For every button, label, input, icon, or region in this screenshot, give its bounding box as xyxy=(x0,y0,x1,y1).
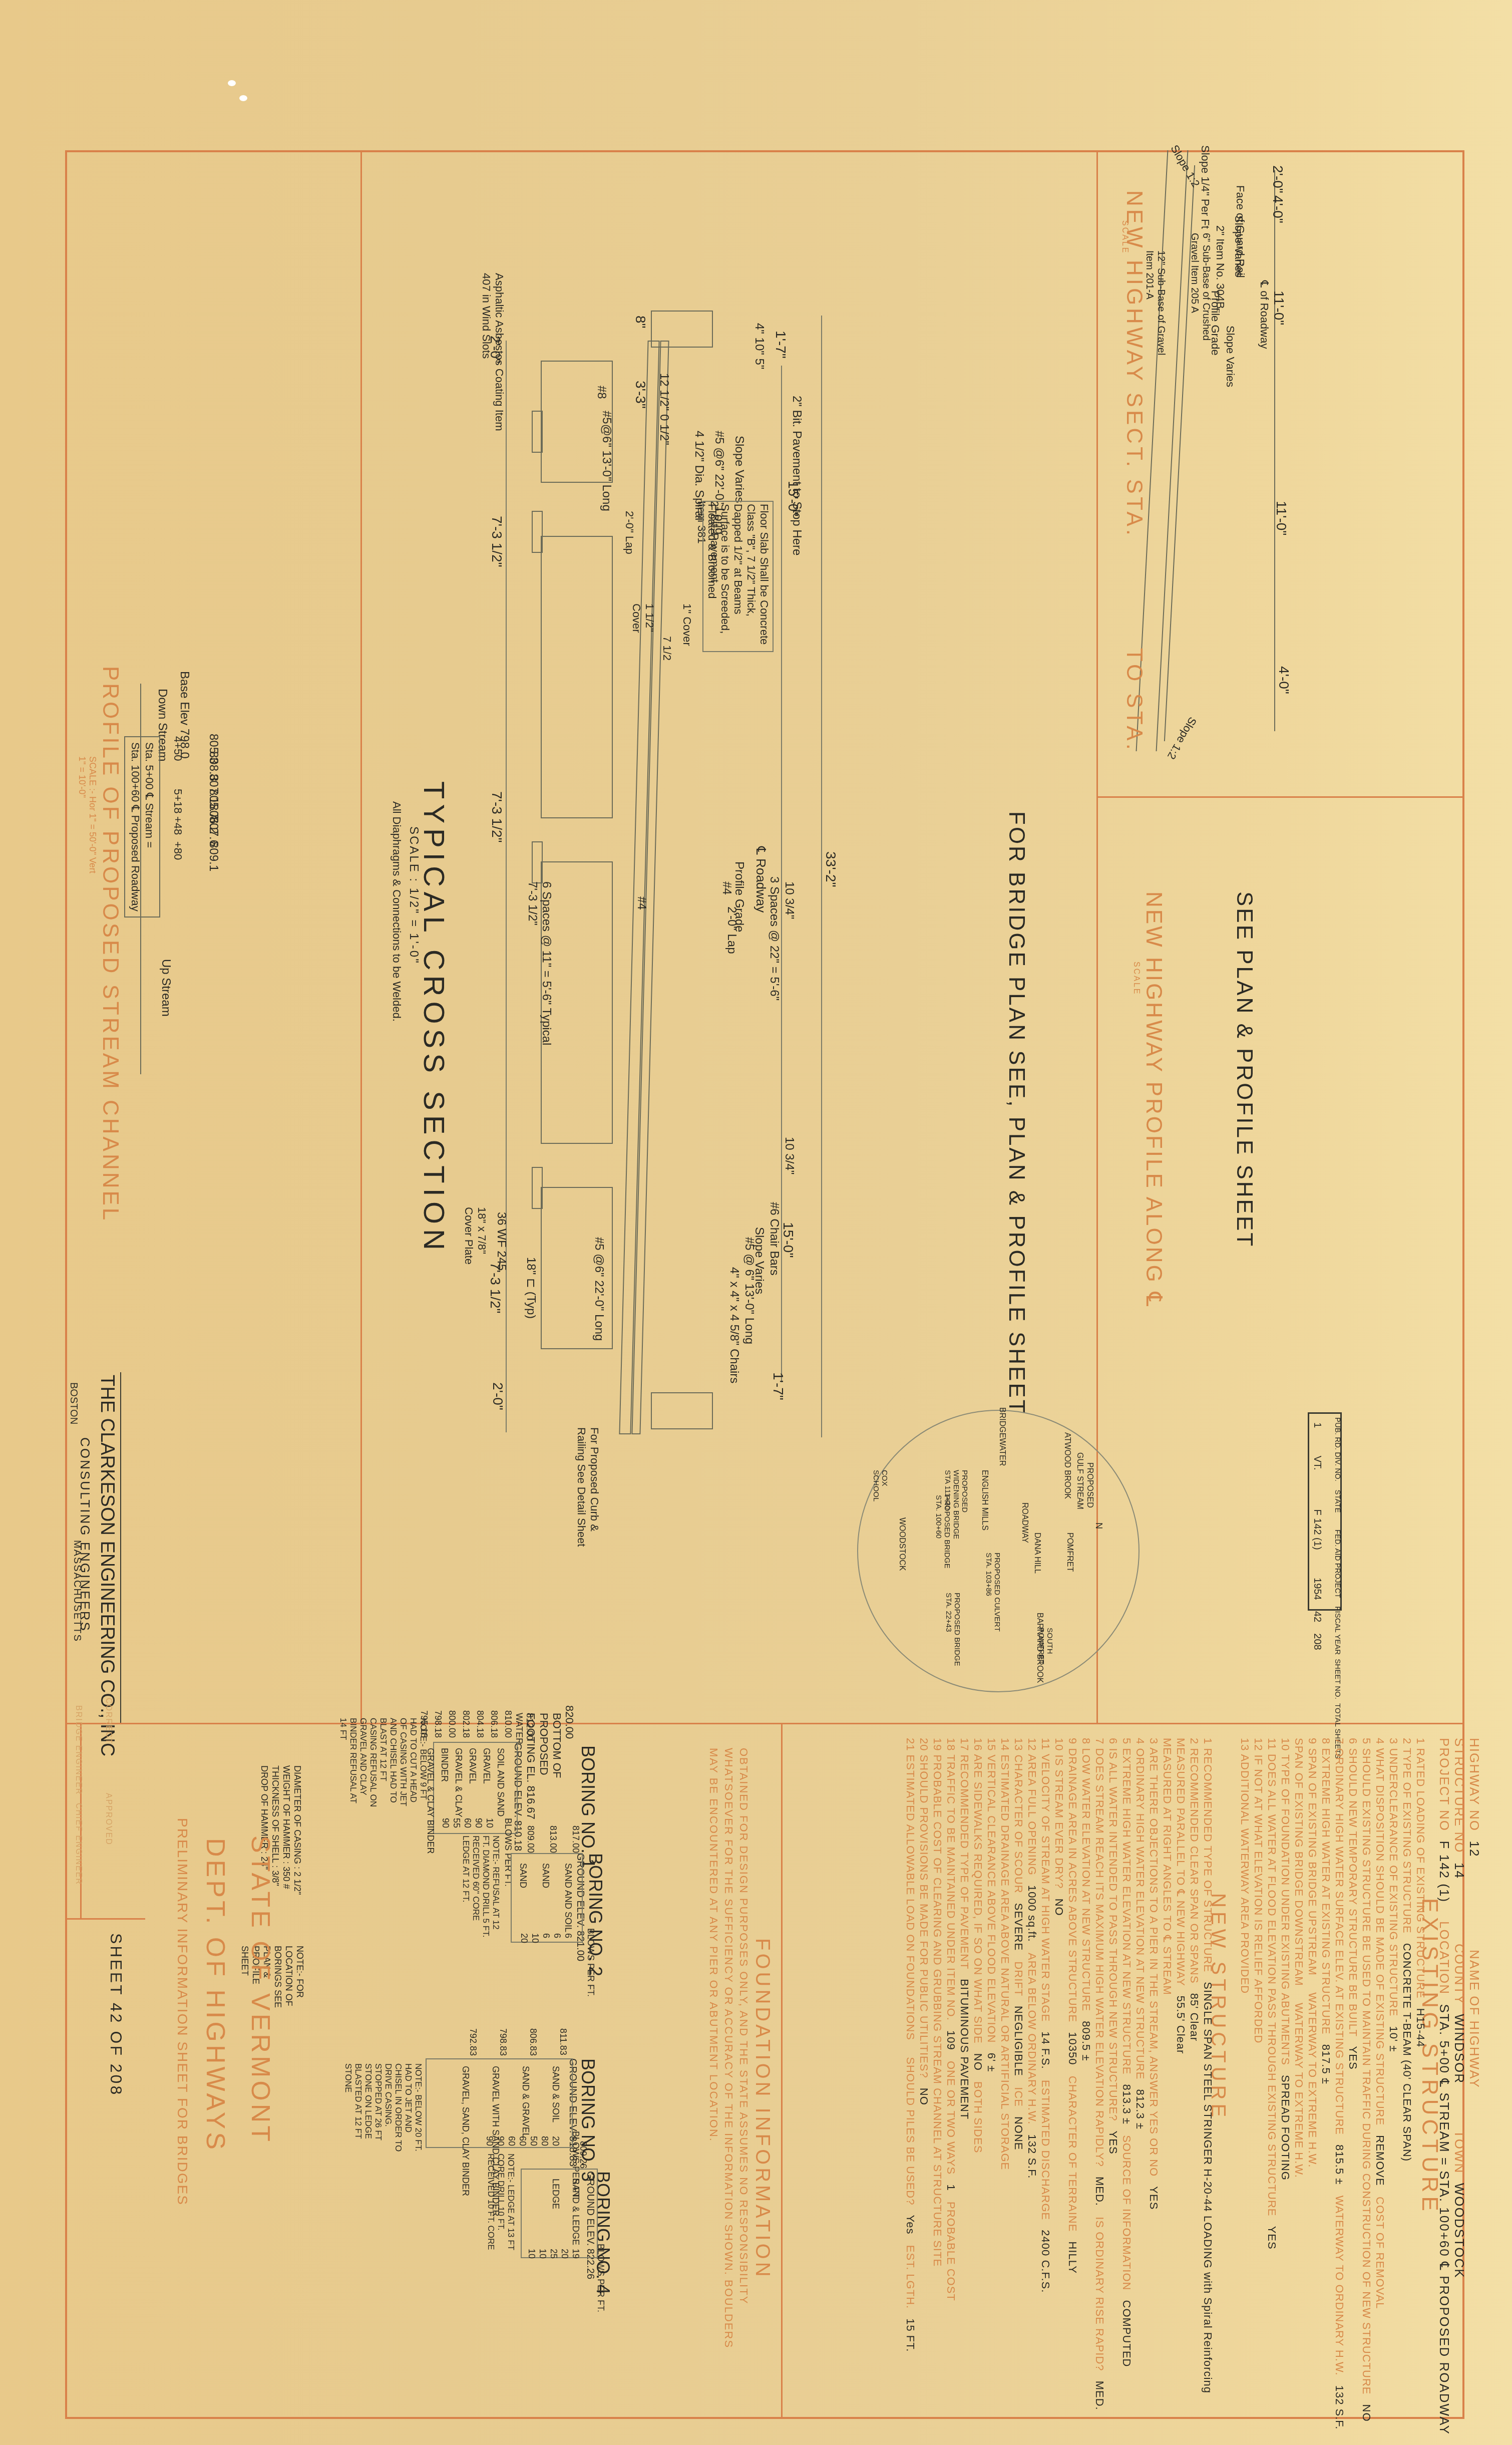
info-row-answer: 10350 xyxy=(1066,2032,1079,2065)
boring-elevation: 792.83 xyxy=(468,2028,478,2056)
foundation-disclaimer: OBTAINED FOR DESIGN PURPOSES ONLY, AND T… xyxy=(706,1748,751,2369)
dim-4-10-5: 4" 10" 5" xyxy=(752,323,766,369)
info-row-answer: 815.5 ± xyxy=(1333,2145,1346,2185)
info-row-question: RECOMMENDED TYPE OF PAVEMENT xyxy=(958,1755,971,1970)
up-stream-label: Up Stream xyxy=(159,959,173,1017)
cover-1in: 1" Cover xyxy=(680,603,693,646)
info-row-number: 9 xyxy=(1306,1738,1319,1744)
boring-elevation: 802.18 xyxy=(461,1710,471,1738)
info-row-answer-2: 132 S.F. xyxy=(1333,2385,1346,2430)
info-row-number: 7 xyxy=(1093,1738,1106,1744)
info-row-number: 1 xyxy=(1414,1738,1427,1744)
info-row-question: SHOULD PROVISIONS BE MADE FOR PUBLIC UTI… xyxy=(918,1755,930,2078)
map-label-culvert: PROPOSED CULVERT STA. 103+86 xyxy=(984,1553,1001,1638)
map-label-woodstock: WOODSTOCK xyxy=(897,1517,906,1571)
info-row-answer: 1000 sq.ft. xyxy=(1026,1885,1038,1942)
sheet-number-label: SHEET 42 OF 208 xyxy=(107,1933,125,2096)
width-dim-line xyxy=(821,316,822,1437)
bar5-22-b: #5 @6" 22'-0" Long xyxy=(592,1237,606,1341)
curb-left xyxy=(651,311,713,348)
bar4-b: #4 xyxy=(634,896,648,910)
info-row-question: EXTREME HIGH WATER ELEVATION AT NEW STRU… xyxy=(1120,1748,1133,2074)
info-row-number: 2 xyxy=(1188,1738,1201,1744)
map-label-pomfret: POMFRET xyxy=(1065,1533,1074,1572)
info-row: 3 UNDERCLEARANCE OF EXISTING STRUCTURE 1… xyxy=(1387,1738,1400,2052)
boring-layer: GRAVEL xyxy=(467,1748,478,1784)
tb-value-state: VT. xyxy=(1312,1456,1323,1470)
map-label-roadway: ROADWAY xyxy=(1020,1502,1029,1543)
boring-layer: SAND & LEDGE xyxy=(570,2179,581,2245)
info-row-number: 17 xyxy=(958,1738,971,1751)
bar5-13-b: #5 @ 6" 13'-0" Long xyxy=(742,1237,756,1344)
info-row-question: LOW WATER ELEVATION AT NEW STRUCTURE xyxy=(1080,1748,1092,2011)
info-row-question: ESTIMATED DRAINAGE AREA ABOVE NATURAL OR… xyxy=(999,1755,1011,2171)
info-row-number: 20 xyxy=(918,1738,930,1751)
info-row-number: 11 xyxy=(1039,1738,1052,1750)
info-row-answer: YES xyxy=(1266,2226,1278,2250)
dim-10-3-4-a: 10 3/4" xyxy=(782,881,796,919)
info-row: 2 TYPE OF EXISTING STRUCTURE CONCRETE T-… xyxy=(1400,1738,1413,2162)
info-row-answer-3: 15 FT. xyxy=(904,2318,917,2352)
tb-header-sheet-no: SHEET NO. xyxy=(1333,1659,1342,1699)
title-block-header-row: PUB. RD. DIV. NO. STATE FED. AID PROJECT… xyxy=(1333,1417,1342,1759)
highway-dim-2-0: 2'-0" xyxy=(1270,165,1286,193)
info-row: 13 CHARACTER OF SCOUR SEVERE DRIFT NEGLI… xyxy=(1012,1738,1025,2151)
lap-b: 2'-0" Lap xyxy=(724,906,738,954)
info-row-question: WHAT DISPOSITION SHOULD BE MADE OF EXIST… xyxy=(1374,1748,1386,2125)
punch-hole xyxy=(239,95,247,101)
boring-elevation: 798.83 xyxy=(498,2028,508,2056)
boring-3-note: NOTE:- BELOW 20 FT. HAD TO JET AND CHISE… xyxy=(343,2063,423,2164)
dim-2-0-bottom: 2'-0" xyxy=(490,1382,506,1410)
boring-2-blows-label: BLOWS PER FT. xyxy=(585,1928,596,1997)
info-row-question: CHARACTER OF SCOUR xyxy=(1012,1755,1025,1894)
info-row: 1 RECOMMENDED TYPE OF STRUCTURE SINGLE S… xyxy=(1201,1738,1214,2393)
dim-33-2: 33'-2" xyxy=(823,851,839,887)
info-row-question-2: IS ORDINARY RISE RAPID? xyxy=(1093,2217,1106,2371)
info-row-question-2: SHOULD PILES BE USED? xyxy=(904,2057,917,2205)
preliminary-info-subtitle: PRELIMINARY INFORMATION SHEET FOR BRIDGE… xyxy=(174,1818,190,2206)
info-row-question-2: BOTH SIDES xyxy=(972,2081,984,2153)
info-row-question-3: PROBABLE COST xyxy=(945,2202,957,2301)
info-row-question: EXTREME HIGH WATER AT EXISTING STRUCTURE xyxy=(1320,1748,1332,2034)
info-row: 14 ESTIMATED DRAINAGE AREA ABOVE NATURAL… xyxy=(998,1738,1011,2176)
info-row-answer: NO xyxy=(972,2053,984,2071)
bar5-13-long: #5@6" 13'-0" Long xyxy=(599,411,613,511)
state-of-vermont: STATE OF VERMONT xyxy=(245,1836,275,2145)
boring-blows-value: 90 xyxy=(473,1818,484,1828)
boring-elevation: 806.83 xyxy=(528,2028,538,2056)
info-row-question: RATED LOADING OF EXISTING STRUCTURE xyxy=(1414,1748,1427,1998)
info-row-question: ARE SIDEWALKS REQUIRED, IF SO ON WHAT SI… xyxy=(972,1754,984,2043)
info-row-question: MEASURED PARALLEL TO ℄ NEW HIGHWAY xyxy=(1175,1738,1187,1986)
boring-1-note: NOTE:- BELOW 9 FT HAD TO CUT A HEAD OF C… xyxy=(338,1718,428,1808)
boring-layer: SAND xyxy=(540,1863,551,1888)
boring-layer: BINDER xyxy=(439,1748,450,1782)
info-row: 9 SPAN OF EXISTING BRIDGE UPSTREAM WATER… xyxy=(1306,1738,1319,2174)
tb-value-total: 208 xyxy=(1312,1633,1323,1650)
info-row-question-3: EST. LGTH. xyxy=(904,2245,917,2309)
info-row-number: 4 xyxy=(1374,1738,1386,1744)
info-row: 4 ORDINARY HIGH WATER ELEVATION AT NEW S… xyxy=(1133,1738,1147,2129)
floor-slab-note: Floor Slab Shall be Concrete Class "B", … xyxy=(702,501,774,652)
boring-elevation: 800.00 xyxy=(447,1710,457,1738)
tb-value-project: F 142 (1) xyxy=(1312,1509,1323,1550)
boring-blows-value: 90 xyxy=(484,2136,495,2146)
info-row-number: 3 xyxy=(1387,1738,1400,1744)
dim-3-3: 3'-3" xyxy=(632,381,648,409)
info-row-answer: SINGLE SPAN STEEL STRINGER H-20-44 LOADI… xyxy=(1202,1982,1214,2393)
dim-7-3-a: 7'-3 1/2" xyxy=(489,516,505,567)
highway-dim-11-0-b: 11'-0" xyxy=(1273,501,1289,535)
boring-layer: SAND & GRAVEL xyxy=(520,2066,531,2138)
info-row-answer: H15-44 xyxy=(1414,2008,1427,2047)
info-row: 10 IS STREAM EVER DRY? NO xyxy=(1052,1738,1065,1916)
info-row-number: 15 xyxy=(985,1738,998,1751)
info-row-question: TYPE OF EXISTING STRUCTURE xyxy=(1401,1748,1413,1934)
boring-2-note: NOTE:- REFUSAL AT 12 FT. DIAMOND DRILL 5… xyxy=(461,1836,501,1941)
boring-blows-value: 80 xyxy=(539,2136,550,2146)
map-label-proposed: PROPOSED xyxy=(1085,1462,1094,1508)
consultant-state: MASSACHUSETTS xyxy=(71,1540,83,1642)
see-plan-profile-note: SEE PLAN & PROFILE SHEET xyxy=(1232,891,1257,1248)
info-row-question: RECOMMENDED CLEAR SPAN OR SPANS xyxy=(1188,1748,1201,1983)
highway-dim-line xyxy=(1274,170,1275,731)
info-row-number: 11 xyxy=(1266,1738,1278,1750)
boring-elevation: 817.00 xyxy=(570,1825,581,1853)
boring-4-note: NOTE:- LEDGE AT 13 FT CORE DRILL 10 FT. … xyxy=(486,2154,516,2254)
boring-layer: GRAVEL xyxy=(481,1748,492,1784)
dim-1-7-left: 1'-7" xyxy=(773,331,789,359)
dim-7-3-b: 7'-3 1/2" xyxy=(489,791,505,842)
boring-blows-value: 19 xyxy=(570,2249,581,2259)
info-row-question: IS ALL WATER INTENDED TO PASS THROUGH NE… xyxy=(1107,1748,1119,2121)
boring-layer: GRAVEL & CLAY xyxy=(453,1748,464,1817)
info-row-question: RECOMMENDED TYPE OF STRUCTURE xyxy=(1202,1748,1214,1972)
station-note-box: Sta. 5+00 ℄ Stream = Sta. 100+60 ℄ Propo… xyxy=(124,736,160,918)
boring-layer: LEDGE xyxy=(550,2179,561,2209)
new-highway-profile-title: NEW HIGHWAY PROFILE ALONG ℄ xyxy=(1141,891,1167,1308)
tb-value-div: 1 xyxy=(1312,1422,1323,1428)
map-label-dana-hill: DANA HILL xyxy=(1032,1533,1041,1574)
info-row-answer-2: HILLY xyxy=(1066,2241,1079,2274)
info-row: 5 EXTREME HIGH WATER ELEVATION AT NEW ST… xyxy=(1120,1738,1133,2367)
highway-slope-varies-1: Slope Varies xyxy=(1232,215,1245,277)
station-note-line-2: Sta. 100+60 ℄ Proposed Roadway xyxy=(128,742,142,911)
info-row: 19 PROBABLE COST OF CLEARING AND GRUBBIN… xyxy=(931,1738,944,2273)
tb-header-fiscal-year: FISCAL YEAR xyxy=(1333,1606,1342,1655)
info-row-answer-2: Yes xyxy=(904,2215,917,2235)
boring-blows-value: 60 xyxy=(506,2136,517,2146)
info-row: 9 DRAINAGE AREA IN ACRES ABOVE STRUCTURE… xyxy=(1066,1738,1079,2274)
tb-header-pub-rd: PUB. RD. DIV. NO. xyxy=(1333,1417,1342,1481)
boring-blows-value: 90 xyxy=(495,2136,506,2146)
info-row-answer: MED. xyxy=(1093,2177,1106,2206)
foundation-title: FOUNDATION INFORMATION xyxy=(751,1938,774,2280)
map-label-cox-school: COX SCHOOL xyxy=(872,1470,889,1505)
info-row-question: TRAFFIC TO BE MAINTAINED UNDER ITEM NO. xyxy=(945,1754,957,2021)
highway-section-title: NEW HIGHWAY SECT. STA. TO STA. xyxy=(1121,190,1147,753)
info-row-question: UNDERCLEARANCE OF EXISTING STRUCTURE xyxy=(1387,1748,1400,2016)
info-row: 7 ORDINARY HIGH WATER SURFACE ELEV. AT E… xyxy=(1333,1738,1346,2429)
signature-divider-h xyxy=(65,1918,145,1920)
boring-blows-value: 55 xyxy=(451,1818,462,1828)
info-row-number: 2 xyxy=(1401,1738,1413,1744)
bar8-label: #8 xyxy=(594,386,608,399)
info-header-row-2: STRUCTURE NO 14 COUNTY WINDSOR TOWN WOOD… xyxy=(1451,1738,1467,2279)
info-row: 2 RECOMMENDED CLEAR SPAN OR SPANS 85' Cl… xyxy=(1188,1738,1201,2041)
cl-roadway-label: ℄ Roadway xyxy=(753,846,769,912)
info-row-answer: BITUMINOUS PAVEMENT xyxy=(958,1979,971,2119)
drawing-sheet: PUB. RD. DIV. NO. STATE FED. AID PROJECT… xyxy=(0,0,1512,2445)
boring-elevation: 809.00 xyxy=(525,1825,536,1853)
info-row: 12 IF NOT AT WHAT ELEVATION IS RELIEF AF… xyxy=(1252,1738,1265,2049)
info-row: 11 DOES ALL WATER AT FLOOD ELEVATION PAS… xyxy=(1265,1738,1278,2250)
info-row-answer: 809.5 ± xyxy=(1080,2021,1092,2061)
info-row-number: 4 xyxy=(1134,1738,1147,1744)
boring-elevation: 798.18 xyxy=(433,1710,443,1738)
boring-elevation: 804.18 xyxy=(475,1710,485,1738)
map-label-bridge-100-60: PROPOSED BRIDGE STA. 100+60 xyxy=(934,1495,951,1580)
boring-elevation: 811.83 xyxy=(558,2028,568,2055)
map-label-bridgewater: BRIDGEWATER xyxy=(997,1407,1006,1466)
tb-value-sheet: 42 xyxy=(1312,1611,1323,1622)
info-row-number: 9 xyxy=(1066,1738,1079,1744)
station-48: +48 xyxy=(171,816,184,835)
info-row-question: ESTIMATED ALLOWABLE LOAD ON FOUNDATIONS xyxy=(904,1755,917,2040)
info-row: 6 IS ALL WATER INTENDED TO PASS THROUGH … xyxy=(1106,1738,1119,2155)
map-label-south-pomfret: SOUTH POMFRET xyxy=(1037,1628,1054,1683)
info-row-number: 8 xyxy=(1080,1738,1092,1744)
info-row-number: 13 xyxy=(1012,1738,1025,1751)
info-row: 7 DOES STREAM REACH ITS MAXIMUM HIGH WAT… xyxy=(1093,1738,1106,2410)
divider-info-sheet xyxy=(65,1723,1464,1724)
boring-layer: SAND & SOIL xyxy=(550,2066,561,2122)
cross-section-scale: SCALE : 1/2" = 1'-0" xyxy=(407,826,421,965)
dim-15-0-right: 15'-0" xyxy=(780,1222,796,1258)
info-row-question: ARE THERE OBJECTIONS TO A PIER IN THE ST… xyxy=(1148,1747,1160,2177)
boring-layer: SAND xyxy=(518,1863,528,1888)
info-row-question-2: DRIFT xyxy=(1012,1961,1025,1996)
info-row-number: 5 xyxy=(1360,1738,1373,1744)
info-row: 8 LOW WATER ELEVATION AT NEW STRUCTURE 8… xyxy=(1079,1738,1092,2061)
info-row-number: 21 xyxy=(904,1738,917,1751)
divider-cross-section xyxy=(360,150,362,1723)
info-row-answer: 812.3 ± xyxy=(1134,2089,1147,2129)
info-row-question: ORDINARY HIGH WATER SURFACE ELEV. AT EXI… xyxy=(1333,1748,1346,2135)
boring-blows-value: 60 xyxy=(517,2136,528,2146)
station-note-line-1: Sta. 5+00 ℄ Stream = xyxy=(142,742,156,911)
info-row-answer: SPREAD FOOTING xyxy=(1279,2075,1292,2181)
slab-7-5: 7 1/2 xyxy=(660,636,673,661)
station-80: +80 xyxy=(171,841,184,860)
boring-blows-value: 20 xyxy=(519,1933,529,1943)
cover-1-5in: 1 1/2" Cover xyxy=(630,603,656,644)
elev-809-1: 809.1 xyxy=(206,841,220,871)
highway-cl-roadway: ℄ of Roadway xyxy=(1258,280,1271,349)
info-row-number: 7 xyxy=(1333,1738,1346,1744)
slope-varies-a: Slope Varies xyxy=(732,436,746,503)
bridge-engineer-label: BRIDGE ENGINEER xyxy=(74,1705,83,1795)
info-row: 15 VERTICAL CLEARANCE ABOVE FLOOD ELEVAT… xyxy=(985,1738,998,2072)
info-row-question: VERTICAL CLEARANCE ABOVE FLOOD ELEVATION xyxy=(985,1755,998,2043)
info-row-question: AREA FULL OPENING xyxy=(1026,1754,1038,1875)
info-row-answer-2: MED. xyxy=(1093,2381,1106,2410)
info-row-number: 18 xyxy=(945,1738,957,1751)
chief-engineer-label: CHIEF ENGINEER xyxy=(74,1803,83,1885)
info-row-answer: CONCRETE T-BEAM (40' CLEAR SPAN) xyxy=(1401,1943,1413,2162)
info-row-number: 12 xyxy=(1026,1738,1038,1751)
highway-slope-per-ft: Slope 1/4" Per Ft xyxy=(1199,145,1212,229)
stream-profile-title: PROFILE OF PROPOSED STREAM CHANNEL xyxy=(98,666,123,1222)
divider-highway-section xyxy=(1096,150,1098,1417)
boring-layer: SOIL AND SAND xyxy=(495,1748,506,1816)
info-row-question: SHOULD NEW TEMPORARY STRUCTURE BE BUILT xyxy=(1347,1748,1359,2036)
info-row: 18 TRAFFIC TO BE MAINTAINED UNDER ITEM N… xyxy=(944,1738,957,2307)
info-row-answer-2: NEGLIGIBLE xyxy=(1012,2006,1025,2076)
info-row-number: 13 xyxy=(1239,1738,1251,1751)
info-row-answer: 10' ± xyxy=(1387,2026,1400,2052)
map-label-bridge-22-43: PROPOSED BRIDGE STA. 22+43 xyxy=(944,1593,961,1673)
info-row: 3 ARE THERE OBJECTIONS TO A PIER IN THE … xyxy=(1147,1738,1160,2210)
boring-blows-value: 10 xyxy=(526,2249,537,2259)
north-arrow-label: N xyxy=(1093,1522,1104,1529)
info-row-number: 14 xyxy=(999,1738,1011,1751)
boring-4-blows-label: BLOWS PER FT. xyxy=(595,2244,606,2312)
boring-blows-value: 6 xyxy=(552,1933,562,1938)
highway-profile-scale: SCALE xyxy=(1131,962,1141,995)
boring-blows-value: 20 xyxy=(559,2249,570,2259)
boring-layer: GRAVEL, SAND, CLAY BINDER xyxy=(460,2066,471,2196)
diaphragms-note: All Diaphragms & Connections to be Welde… xyxy=(390,801,403,1022)
boring-elevation: 813.00 xyxy=(548,1825,558,1853)
info-row-question: PROBABLE COST OF CLEARING AND GRUBBING S… xyxy=(931,1755,944,2267)
map-label-english-mills: ENGLISH MILLS xyxy=(980,1470,989,1531)
consultant-city: BOSTON xyxy=(68,1382,79,1424)
cross-section-title: TYPICAL CROSS SECTION xyxy=(417,781,451,1255)
chairs-label: 4" x 4" x 4 5/8" Chairs xyxy=(727,1267,741,1383)
info-row-answer-2: 2400 C.F.S. xyxy=(1039,2230,1052,2293)
info-row-answer-2: COMPUTED xyxy=(1120,2300,1133,2367)
info-row: 11 VELOCITY OF STREAM AT HIGH WATER STAG… xyxy=(1039,1738,1052,2293)
lap-a: 2'-0" Lap xyxy=(623,511,636,554)
wf-beam-label: 36 WF 245 xyxy=(494,1212,508,1271)
cover-plate-4 xyxy=(532,1167,543,1209)
info-row-answer: YES xyxy=(1347,2046,1359,2070)
map-label-atwood-brook: ATWOOD BROOK xyxy=(1062,1432,1071,1499)
cover-plate-1 xyxy=(532,411,543,453)
info-row-question: SPAN OF EXISTING BRIDGE DOWNSTREAM xyxy=(1293,1738,1305,1986)
info-row-number: 6 xyxy=(1347,1738,1359,1744)
info-row: 4 WHAT DISPOSITION SHOULD BE MADE OF EXI… xyxy=(1373,1738,1386,2315)
dim-10-3-4-b: 10 3/4" xyxy=(782,1137,796,1174)
info-row-question-2: SOURCE OF INFORMATION xyxy=(1120,2135,1133,2290)
divider-highway-profile xyxy=(1096,796,1464,798)
info-row-answer: REMOVE xyxy=(1374,2135,1386,2186)
bar4-a: #4 xyxy=(719,881,733,895)
info-row: 16 ARE SIDEWALKS REQUIRED, IF SO ON WHAT… xyxy=(971,1738,984,2159)
info-row-question: DOES ALL WATER AT FLOOD ELEVATION PASS T… xyxy=(1266,1754,1278,2217)
dim-8in: 8" xyxy=(632,316,648,329)
tb-header-fed-aid: FED. AID PROJECT xyxy=(1333,1530,1342,1598)
info-row-question: IF NOT AT WHAT ELEVATION IS RELIEF AFFOR… xyxy=(1252,1755,1265,2044)
info-row-question-2: AREA BELOW ORDINARY H.W. xyxy=(1026,1953,1038,2124)
info-row-answer: 813.3 ± xyxy=(1120,2084,1133,2124)
station-5-18: 5+18 xyxy=(171,789,184,814)
highway-dim-4-0: 4'-0" xyxy=(1270,195,1286,223)
highway-section-scale: SCALE xyxy=(1120,220,1129,254)
info-row: 20 SHOULD PROVISIONS BE MADE FOR PUBLIC … xyxy=(917,1738,930,2105)
info-row-number: 12 xyxy=(1252,1738,1265,1751)
info-row-answer-2: 132 S.F. xyxy=(1026,2134,1038,2179)
info-row-question-3: ICE xyxy=(1012,2087,1025,2107)
info-row-answer: 6' ± xyxy=(985,2053,998,2072)
divider-foundation xyxy=(781,1723,783,2419)
chair-bars-label: #6 Chair Bars xyxy=(767,1202,781,1276)
info-row-answer-2: 1 xyxy=(945,2184,957,2191)
info-row-question-2: ESTIMATED DISCHARGE xyxy=(1039,2080,1052,2220)
map-label-gulf-stream: GULF STREAM xyxy=(1075,1452,1084,1509)
boring-blows-value: 20 xyxy=(550,2136,561,2146)
correct-label: CORRECT xyxy=(104,1698,113,1744)
info-row-question: ORDINARY HIGH WATER ELEVATION AT NEW STR… xyxy=(1134,1748,1147,2079)
info-row: 8 EXTREME HIGH WATER AT EXISTING STRUCTU… xyxy=(1319,1738,1332,2084)
spaces-3-label: 3 Spaces @ 22" = 5'-6" xyxy=(767,876,781,1001)
station-4-50: 4+50 xyxy=(171,736,184,761)
info-row-number: 10 xyxy=(1053,1738,1065,1751)
boring-blows-value: 50 xyxy=(528,2136,539,2146)
info-row: 10 TYPE OF FOUNDATION UNDER EXISTING ABU… xyxy=(1279,1738,1292,2181)
boring-elevation: 809.26 xyxy=(578,2141,588,2169)
info-row-number: 5 xyxy=(1120,1738,1133,1744)
info-row: 6 SHOULD NEW TEMPORARY STRUCTURE BE BUIL… xyxy=(1346,1738,1359,2070)
info-row-answer: 109 xyxy=(945,2030,957,2050)
channel-label: 18" ⊏ (Typ) xyxy=(524,1257,538,1319)
info-row-question: ADDITIONAL WATERWAY AREA PROVIDED xyxy=(1239,1754,1251,1994)
info-row: 1 RATED LOADING OF EXISTING STRUCTURE H1… xyxy=(1414,1738,1427,2047)
asbestos-coating-note: Asphaltic Asbestos Coating Item 407 in W… xyxy=(480,273,506,438)
boring-1-water: 812.00 WATER xyxy=(514,1713,535,1743)
boring-blows-value: 60 xyxy=(462,1818,473,1828)
spaces-6-label: 6 Spaces @ 11" = 5'-6" Typical 7'-3 1/2" xyxy=(525,881,553,1047)
dim-12-half: 12 1/2" 0 1/2" xyxy=(657,373,671,445)
boring-layer: SAND AND SOIL xyxy=(563,1863,573,1932)
info-row-number: 10 xyxy=(1279,1738,1292,1751)
boring-blows-value: 10 xyxy=(537,2249,548,2259)
approved-label: APPROVED xyxy=(104,1793,113,1846)
info-row-answer: 14 F.S. xyxy=(1039,2031,1052,2069)
consultant-box-line xyxy=(120,1372,121,1723)
tb-value-year: 1954 xyxy=(1312,1578,1323,1600)
info-row-number: 16 xyxy=(972,1738,984,1751)
boring-blows-value: 10 xyxy=(484,1818,495,1828)
info-row: SPAN OF EXISTING BRIDGE DOWNSTREAM WATER… xyxy=(1292,1738,1305,2184)
bridge-plan-note: FOR BRIDGE PLAN SEE, PLAN & PROFILE SHEE… xyxy=(1004,811,1029,1415)
info-row-answer: NO xyxy=(918,2088,930,2105)
cover-plate-3 xyxy=(532,841,543,883)
boring-blows-value: 25 xyxy=(548,2249,559,2259)
highway-dim-4-0-b: 4'-0" xyxy=(1276,666,1292,694)
info-row-answer-3: NONE xyxy=(1012,2116,1025,2151)
info-row-answer: NO xyxy=(1053,1899,1065,1916)
info-row-answer: SEVERE xyxy=(1012,1903,1025,1951)
foundation-top-elev: 820.00 xyxy=(563,1705,576,1739)
curb-railing-note: For Proposed Curb & Railing See Detail S… xyxy=(575,1427,601,1558)
info-row-question-2: WATERWAY TO ORDINARY H.W. xyxy=(1333,2196,1346,2376)
info-row-question: MEASURED AT RIGHT ANGLES TO ℄ STREAM xyxy=(1161,1738,1174,1995)
title-block-value-row: 1 VT. F 142 (1) 1954 42 208 xyxy=(1311,1422,1323,1650)
info-row-number: 8 xyxy=(1320,1738,1332,1744)
